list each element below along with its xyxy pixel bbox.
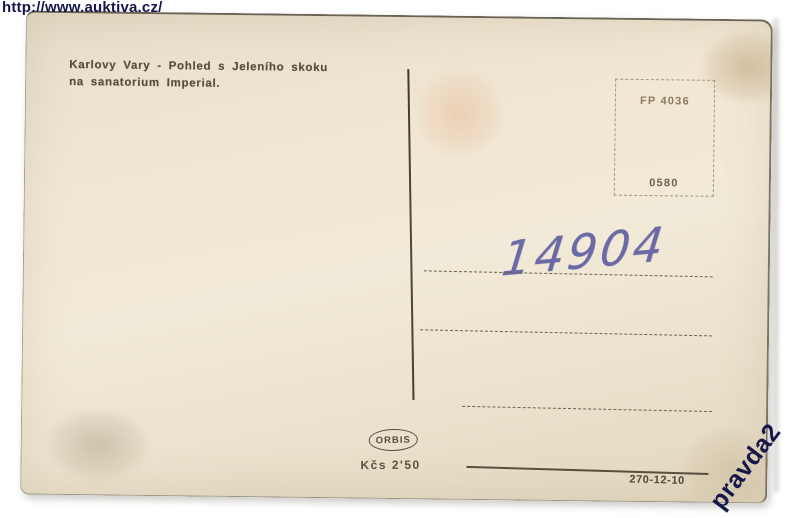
stamp-box-code-top: FP 4036 xyxy=(616,95,714,108)
address-line-2 xyxy=(420,329,712,336)
address-line-3 xyxy=(462,406,712,412)
handwritten-catalog-number: 14904 xyxy=(499,217,669,288)
stamp-box-code-bottom: 0580 xyxy=(615,177,713,190)
postcard-caption: Karlovy Vary - Pohled s Jeleního skoku n… xyxy=(69,57,328,94)
stain-bottom-left xyxy=(47,409,148,480)
stain-orange xyxy=(415,69,504,158)
orbis-publisher-logo: ORBIS xyxy=(369,428,418,451)
auction-site-url-watermark: http://www.auktiva.cz/ xyxy=(2,0,163,16)
postcard-caption-line2: na sanatorium Imperial. xyxy=(69,74,328,94)
print-run-code: 270-12-10 xyxy=(629,473,685,486)
orbis-logo-text: ORBIS xyxy=(376,434,411,446)
message-address-divider xyxy=(407,69,414,400)
postcard-back: Karlovy Vary - Pohled s Jeleního skoku n… xyxy=(20,10,773,503)
stamp-placement-box: FP 4036 0580 xyxy=(614,79,715,197)
postcard-price: Kčs 2'50 xyxy=(360,458,420,472)
